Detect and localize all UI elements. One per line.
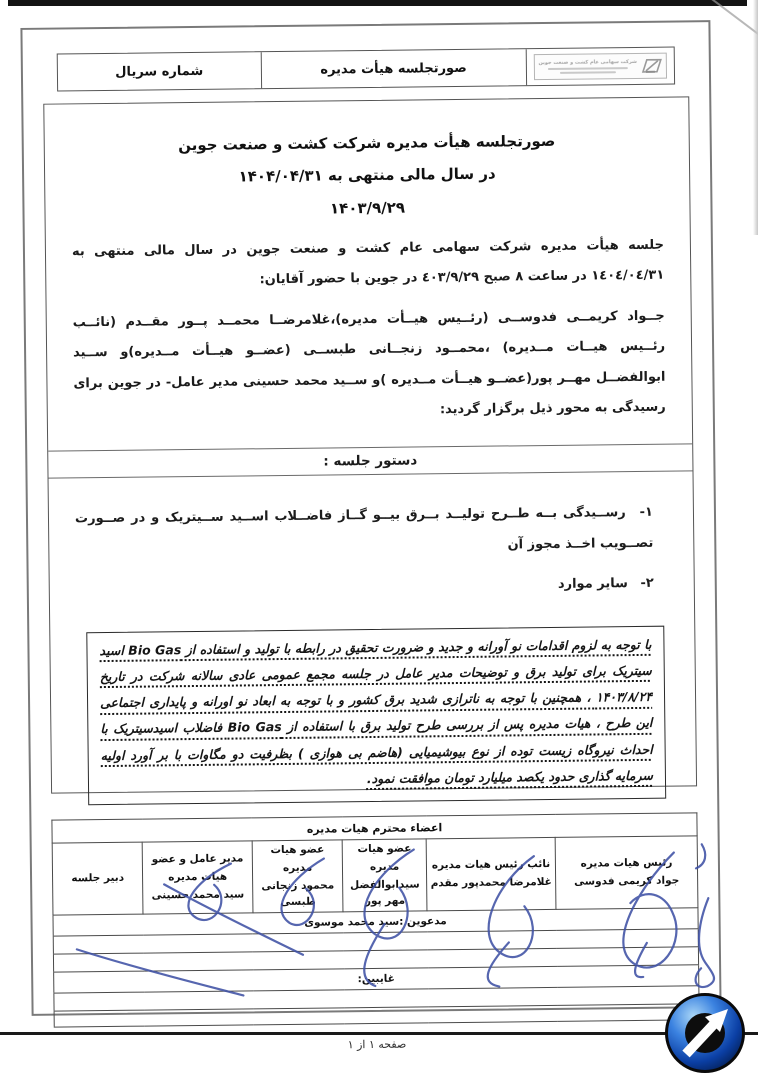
header-strip: شرکت سهامی عام کشت و صنعت جوین صورتجلسه … (57, 47, 675, 92)
signature-roles-row: رئیس هیات مدیره جواد کریمی فدوسی نائب رئ… (52, 836, 698, 916)
document-title: صورتجلسه هیأت مدیره شرکت کشت و صنعت جوین… (71, 124, 664, 227)
agenda-item-1-text: رســیدگی بــه طــرح تولیــد بــرق بیــو … (75, 505, 653, 552)
faint-text-bar (548, 67, 628, 70)
resolution-paragraph: با توجه به لزوم اقدامات نو آورانه و جدید… (86, 625, 666, 805)
agenda-item-2: ۲- سایر موارد (76, 569, 668, 606)
company-logo-caption: شرکت سهامی عام کشت و صنعت جوین (538, 59, 638, 74)
scan-top-bar (8, 0, 747, 6)
agenda-item-2-number: ۲- (640, 576, 654, 591)
doc-type-label: صورتجلسه هیأت مدیره (261, 49, 526, 88)
signature-cell-chairman: رئیس هیات مدیره جواد کریمی فدوسی (555, 836, 698, 910)
agenda-heading: دستور جلسه : (48, 443, 692, 478)
attendees-paragraph: جــواد کریمــی فدوســی (رئــیس هیــأت مد… (73, 301, 666, 430)
company-name-faint: شرکت سهامی عام کشت و صنعت جوین (538, 59, 638, 66)
company-logo-box: شرکت سهامی عام کشت و صنعت جوین (534, 53, 667, 81)
page-number: صفحه ١ از ١ (34, 1034, 720, 1055)
trend-arrow-watermark-icon (664, 992, 746, 1074)
signature-cell-member-mehrpour: عضو هیات مدیره سیدابوالفضل مهر پور (342, 839, 427, 912)
agenda-item-1: ۱- رســیدگی بــه طــرح تولیــد بــرق بیـ… (75, 498, 668, 566)
opening-paragraph: جلسه هیأت مدیره شرکت سهامی عام کشت و صنع… (72, 230, 665, 298)
faint-text-bar (560, 71, 616, 74)
title-line-3: ۱۴۰۳/۹/۲۹ (71, 188, 663, 227)
signature-cell-member-zanjani: عضو هیات مدیره محمود زنجانی طبسی (252, 840, 343, 913)
signature-cell-ceo: مدیر عامل و عضو هیات مدیره سید محمد حسین… (142, 841, 252, 915)
scan-edge-shadow (753, 0, 758, 235)
agenda-list: ۱- رســیدگی بــه طــرح تولیــد بــرق بیـ… (75, 498, 668, 606)
signature-cell-vice-chairman: نائب رئیس هیات مدیره غلامرضا محمدپور مقد… (426, 837, 556, 911)
scanned-page: شرکت سهامی عام کشت و صنعت جوین صورتجلسه … (20, 20, 721, 1016)
header-logo-cell: شرکت سهامی عام کشت و صنعت جوین (526, 48, 674, 86)
agenda-item-1-number: ۱- (640, 505, 654, 520)
content-box: صورتجلسه هیأت مدیره شرکت کشت و صنعت جوین… (43, 96, 697, 793)
signature-table: اعضاء محترم هیات مدیره رئیس هیات مدیره ج… (51, 812, 699, 1028)
signature-cell-secretary: دبیر جلسه (52, 842, 143, 915)
serial-number-label: شماره سریال (58, 52, 262, 90)
agenda-item-2-text: سایر موارد (558, 576, 628, 592)
company-logo-icon (640, 58, 662, 74)
